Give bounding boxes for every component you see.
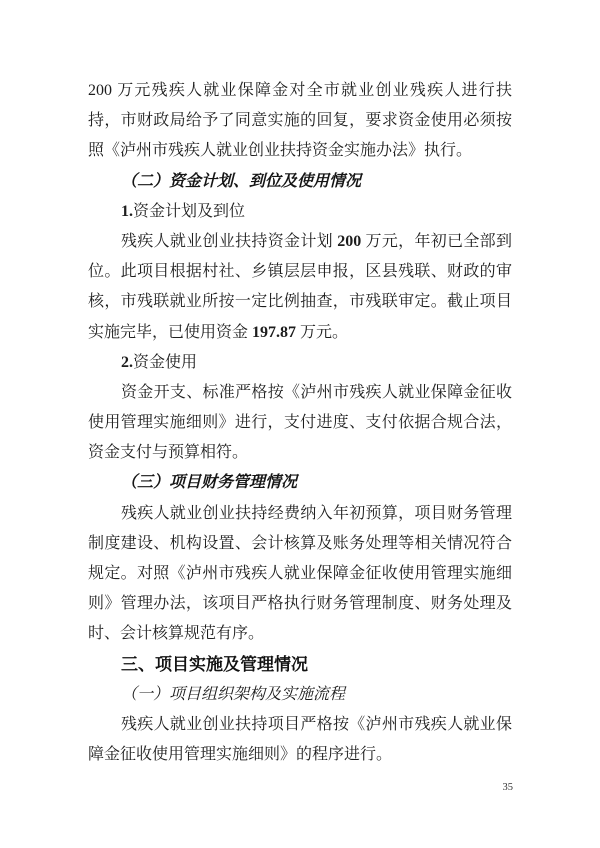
text-line: 制度建设、机构设置、会计核算及账务处理等相关情况符合 — [88, 529, 512, 559]
text-run: 残疾人就业创业扶持资金计划 — [121, 233, 337, 250]
text-run: （二）资金计划、到位及使用情况 — [121, 173, 361, 190]
text-line: 障金征收使用管理实施细则》的程序进行。 — [88, 740, 512, 770]
text-run: （一）项目组织架构及实施流程 — [121, 686, 345, 703]
text-run: 使用管理实施细则》进行，支付进度、支付依据合规合法， — [88, 414, 512, 431]
text-run: 位。此项目根据村社、乡镇层层申报，区县残联、财政的审 — [88, 263, 512, 280]
bold-number: 197.87 — [252, 324, 296, 341]
text-run: 障金征收使用管理实施细则》的程序进行。 — [88, 746, 392, 763]
text-run: 万元，年初已全部到 — [361, 233, 512, 250]
text-line: 2.资金使用 — [88, 348, 512, 378]
section-heading: （三）项目财务管理情况 — [88, 468, 512, 498]
section-heading: （一）项目组织架构及实施流程 — [88, 680, 512, 710]
text-run: 持，市财政局给予了同意实施的回复，要求资金使用必须按 — [88, 112, 512, 129]
text-line: 残疾人就业创业扶持项目严格按《泸州市残疾人就业保 — [88, 710, 512, 740]
text-line: 位。此项目根据村社、乡镇层层申报，区县残联、财政的审 — [88, 257, 512, 287]
text-line: 资金开支、标准严格按《泸州市残疾人就业保障金征收 — [88, 378, 512, 408]
section-heading: 三、项目实施及管理情况 — [88, 650, 512, 680]
text-run: 200 万元残疾人就业保障金对全市就业创业残疾人进行扶 — [88, 82, 512, 99]
text-line: 残疾人就业创业扶持经费纳入年初预算，项目财务管理 — [88, 499, 512, 529]
bold-number: 2. — [121, 354, 133, 371]
text-run: 残疾人就业创业扶持经费纳入年初预算，项目财务管理 — [121, 505, 512, 522]
text-line: 实施完毕，已使用资金 197.87 万元。 — [88, 318, 512, 348]
text-line: 残疾人就业创业扶持资金计划 200 万元，年初已全部到 — [88, 227, 512, 257]
text-run: 核，市残联就业所按一定比例抽查，市残联审定。截止项目 — [88, 293, 512, 310]
text-line: 核，市残联就业所按一定比例抽查，市残联审定。截止项目 — [88, 287, 512, 317]
text-run: 照《泸州市残疾人就业创业扶持资金实施办法》执行。 — [88, 142, 472, 159]
text-run: 资金支付与预算相符。 — [88, 444, 248, 461]
text-line: 照《泸州市残疾人就业创业扶持资金实施办法》执行。 — [88, 136, 512, 166]
document-body: 200 万元残疾人就业保障金对全市就业创业残疾人进行扶持，市财政局给予了同意实施… — [88, 76, 512, 770]
text-run: 资金开支、标准严格按《泸州市残疾人就业保障金征收 — [121, 384, 512, 401]
text-line: 资金支付与预算相符。 — [88, 438, 512, 468]
text-run: 资金使用 — [133, 354, 197, 371]
text-line: 持，市财政局给予了同意实施的回复，要求资金使用必须按 — [88, 106, 512, 136]
text-line: 1.资金计划及到位 — [88, 197, 512, 227]
text-run: 万元。 — [296, 324, 348, 341]
section-heading: （二）资金计划、到位及使用情况 — [88, 167, 512, 197]
text-line: 则》管理办法，该项目严格执行财务管理制度、财务处理及 — [88, 589, 512, 619]
text-run: （三）项目财务管理情况 — [121, 474, 297, 491]
text-run: 三、项目实施及管理情况 — [121, 655, 308, 674]
text-run: 资金计划及到位 — [133, 203, 245, 220]
text-line: 规定。对照《泸州市残疾人就业保障金征收使用管理实施细 — [88, 559, 512, 589]
text-run: 残疾人就业创业扶持项目严格按《泸州市残疾人就业保 — [121, 716, 512, 733]
text-run: 规定。对照《泸州市残疾人就业保障金征收使用管理实施细 — [88, 565, 512, 582]
document-page: 200 万元残疾人就业保障金对全市就业创业残疾人进行扶持，市财政局给予了同意实施… — [0, 0, 600, 848]
page-number: 35 — [503, 781, 514, 795]
text-line: 使用管理实施细则》进行，支付进度、支付依据合规合法， — [88, 408, 512, 438]
text-run: 时、会计核算规范有序。 — [88, 625, 264, 642]
text-run: 实施完毕，已使用资金 — [88, 324, 252, 341]
bold-number: 200 — [337, 233, 361, 250]
bold-number: 1. — [121, 203, 133, 220]
text-run: 制度建设、机构设置、会计核算及账务处理等相关情况符合 — [88, 535, 512, 552]
text-line: 时、会计核算规范有序。 — [88, 619, 512, 649]
text-run: 则》管理办法，该项目严格执行财务管理制度、财务处理及 — [88, 595, 512, 612]
text-line: 200 万元残疾人就业保障金对全市就业创业残疾人进行扶 — [88, 76, 512, 106]
